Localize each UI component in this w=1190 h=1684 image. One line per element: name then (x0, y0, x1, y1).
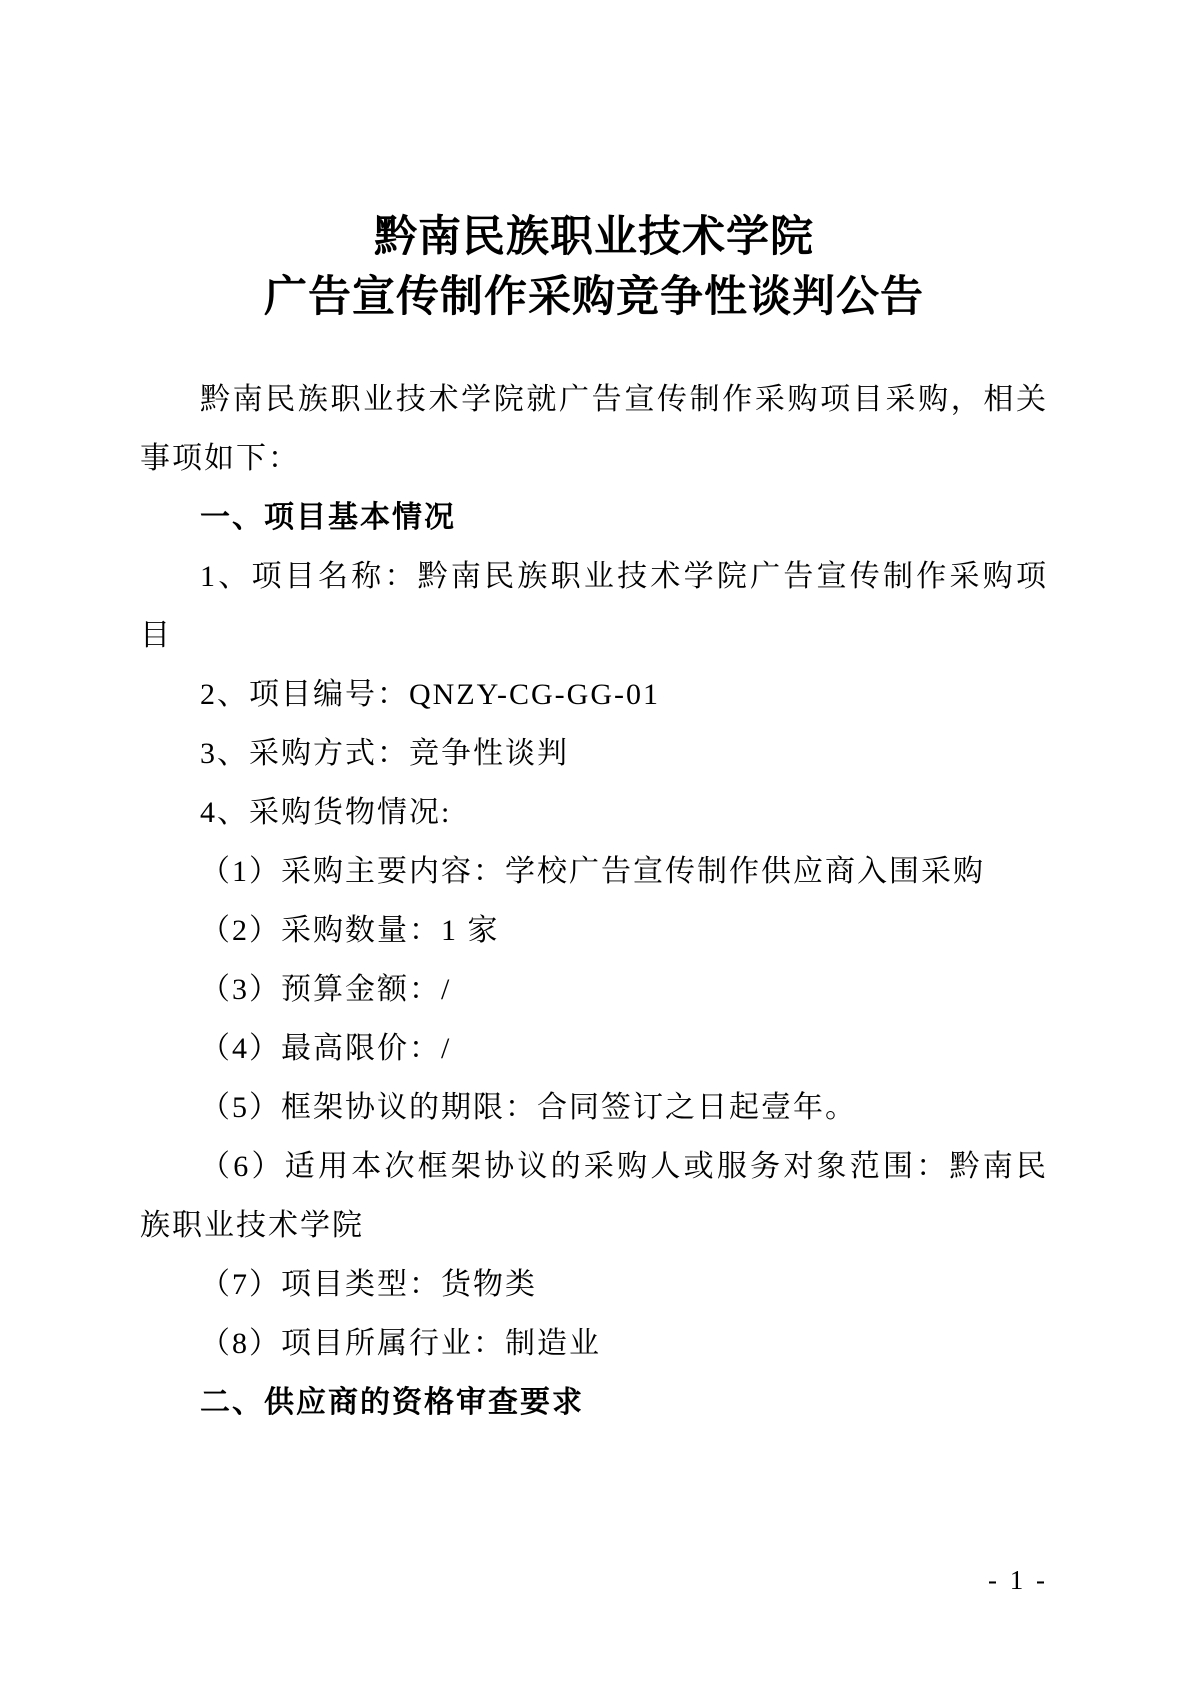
item-price-cap: （4）最高限价：/ (140, 1019, 1048, 1078)
item-budget: （3）预算金额：/ (140, 960, 1048, 1019)
section-heading-project-overview: 一、项目基本情况 (140, 488, 1048, 547)
item-project-type: （7）项目类型：货物类 (140, 1255, 1048, 1314)
item-project-number: 2、项目编号：QNZY-CG-GG-01 (140, 665, 1048, 724)
document-title-line2: 广告宣传制作采购竞争性谈判公告 (140, 268, 1048, 328)
item-goods-overview: 4、采购货物情况: (140, 783, 1048, 842)
document-page: 黔南民族职业技术学院 广告宣传制作采购竞争性谈判公告 黔南民族职业技术学院就广告… (0, 0, 1190, 1684)
item-quantity: （2）采购数量：1 家 (140, 901, 1048, 960)
document-body: 黔南民族职业技术学院就广告宣传制作采购项目采购，相关事项如下： 一、项目基本情况… (140, 370, 1048, 1432)
item-applicable-scope: （6）适用本次框架协议的采购人或服务对象范围：黔南民族职业技术学院 (140, 1137, 1048, 1255)
document-title-line1: 黔南民族职业技术学院 (140, 208, 1048, 268)
document-title: 黔南民族职业技术学院 广告宣传制作采购竞争性谈判公告 (140, 208, 1048, 328)
item-main-content: （1）采购主要内容：学校广告宣传制作供应商入围采购 (140, 842, 1048, 901)
page-number: - 1 - (988, 1564, 1048, 1596)
item-industry: （8）项目所属行业：制造业 (140, 1314, 1048, 1373)
section-heading-supplier-qualification: 二、供应商的资格审查要求 (140, 1373, 1048, 1432)
item-project-name: 1、项目名称：黔南民族职业技术学院广告宣传制作采购项目 (140, 547, 1048, 665)
intro-paragraph: 黔南民族职业技术学院就广告宣传制作采购项目采购，相关事项如下： (140, 370, 1048, 488)
item-agreement-term: （5）框架协议的期限：合同签订之日起壹年。 (140, 1078, 1048, 1137)
item-procurement-method: 3、采购方式：竞争性谈判 (140, 724, 1048, 783)
document-content: 黔南民族职业技术学院 广告宣传制作采购竞争性谈判公告 黔南民族职业技术学院就广告… (140, 0, 1048, 1432)
